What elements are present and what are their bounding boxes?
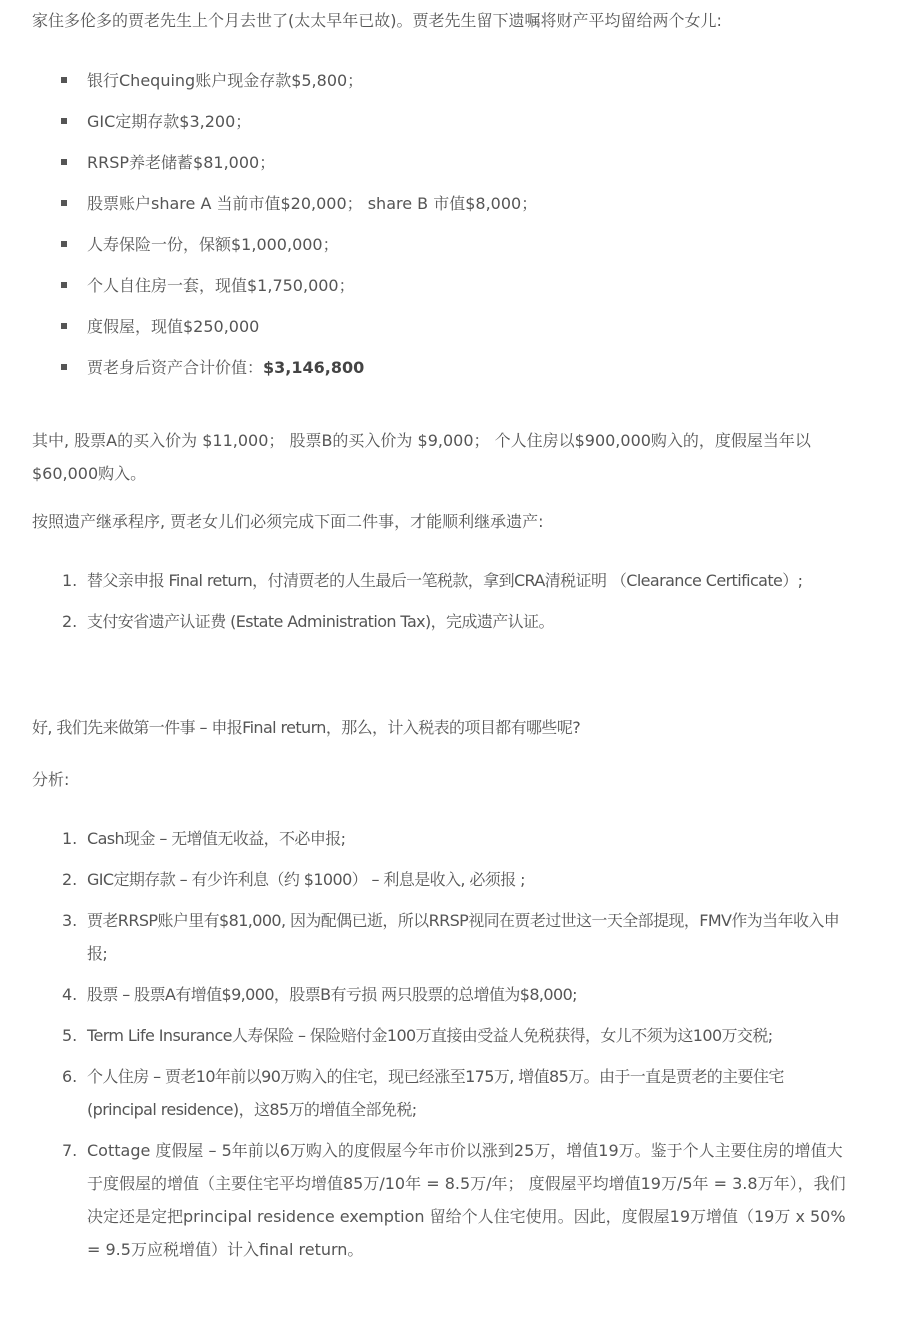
analysis-item-cottage: 7. Cottage 度假屋 – 5年前以6万购入的度假屋今年市价以涨到25万，… bbox=[32, 1134, 852, 1266]
question-paragraph: 好, 我们先来做第一件事 – 申报Final return，那么，计入税表的项目… bbox=[32, 711, 872, 744]
step-text: 支付安省遗产认证费 (Estate Administration Tax)，完成… bbox=[87, 612, 554, 631]
square-bullet-icon bbox=[61, 159, 67, 165]
square-bullet-icon bbox=[61, 241, 67, 247]
procedure-intro-paragraph: 按照遗产继承程序, 贾老女儿们必须完成下面二件事，才能顺利继承遗产: bbox=[32, 505, 872, 538]
square-bullet-icon bbox=[61, 77, 67, 83]
analysis-number: 6. bbox=[62, 1060, 84, 1093]
asset-text: RRSP养老储蓄$81,000； bbox=[87, 153, 275, 172]
analysis-text: Cottage 度假屋 – 5年前以6万购入的度假屋今年市价以涨到25万，增值1… bbox=[87, 1141, 846, 1259]
asset-item-stocks: 股票账户share A 当前市值$20,000； share B 市值$8,00… bbox=[32, 186, 537, 227]
square-bullet-icon bbox=[61, 323, 67, 329]
square-bullet-icon bbox=[61, 364, 67, 370]
analysis-item-residence: 6. 个人住房 – 贾老10年前以90万购入的住宅，现已经涨至175万, 增值8… bbox=[32, 1060, 852, 1126]
steps-list: 1. 替父亲申报 Final return，付清贾老的人生最后一笔税款，拿到CR… bbox=[32, 564, 852, 646]
asset-text: 度假屋，现值$250,000 bbox=[87, 317, 259, 336]
step-item: 1. 替父亲申报 Final return，付清贾老的人生最后一笔税款，拿到CR… bbox=[32, 564, 852, 597]
analysis-number: 5. bbox=[62, 1019, 84, 1052]
analysis-item-rrsp: 3. 贾老RRSP账户里有$81,000, 因为配偶已逝，所以RRSP视同在贾老… bbox=[32, 904, 852, 970]
asset-text: 个人自住房一套，现值$1,750,000； bbox=[87, 276, 355, 295]
analysis-text: 贾老RRSP账户里有$81,000, 因为配偶已逝，所以RRSP视同在贾老过世这… bbox=[87, 911, 839, 963]
assets-list: 银行Chequing账户现金存款$5,800； GIC定期存款$3,200； R… bbox=[32, 63, 537, 391]
asset-item-total: 贾老身后资产合计价值：$3,146,800 bbox=[32, 350, 537, 391]
analysis-item-gic: 2. GIC定期存款 – 有少许利息（约 $1000） – 利息是收入, 必须报… bbox=[32, 863, 852, 896]
step-number: 1. bbox=[62, 564, 84, 597]
analysis-list: 1. Cash现金 – 无增值无收益，不必申报; 2. GIC定期存款 – 有少… bbox=[32, 822, 852, 1274]
step-item: 2. 支付安省遗产认证费 (Estate Administration Tax)… bbox=[32, 605, 852, 638]
analysis-item-cash: 1. Cash现金 – 无增值无收益，不必申报; bbox=[32, 822, 852, 855]
total-label: 贾老身后资产合计价值： bbox=[87, 358, 263, 377]
intro-paragraph: 家住多伦多的贾老先生上个月去世了(太太早年已故)。贾老先生留下遗嘱将财产平均留给… bbox=[32, 4, 872, 37]
analysis-item-insurance: 5. Term Life Insurance人寿保险 – 保险赔付金100万直接… bbox=[32, 1019, 852, 1052]
analysis-text: 股票 – 股票A有增值$9,000，股票B有亏损 两只股票的总增值为$8,000… bbox=[87, 985, 577, 1004]
asset-item-residence: 个人自住房一套，现值$1,750,000； bbox=[32, 268, 537, 309]
analysis-text: Cash现金 – 无增值无收益，不必申报; bbox=[87, 829, 345, 848]
square-bullet-icon bbox=[61, 118, 67, 124]
asset-text: 人寿保险一份，保额$1,000,000； bbox=[87, 235, 339, 254]
asset-item-cottage: 度假屋，现值$250,000 bbox=[32, 309, 537, 350]
asset-item-rrsp: RRSP养老储蓄$81,000； bbox=[32, 145, 537, 186]
analysis-number: 1. bbox=[62, 822, 84, 855]
asset-text: GIC定期存款$3,200； bbox=[87, 112, 251, 131]
analysis-number: 2. bbox=[62, 863, 84, 896]
analysis-number: 3. bbox=[62, 904, 84, 937]
analysis-text: 个人住房 – 贾老10年前以90万购入的住宅，现已经涨至175万, 增值85万。… bbox=[87, 1067, 784, 1119]
analysis-text: GIC定期存款 – 有少许利息（约 $1000） – 利息是收入, 必须报 ; bbox=[87, 870, 525, 889]
step-text: 替父亲申报 Final return，付清贾老的人生最后一笔税款，拿到CRA清税… bbox=[87, 571, 802, 590]
analysis-item-stocks: 4. 股票 – 股票A有增值$9,000，股票B有亏损 两只股票的总增值为$8,… bbox=[32, 978, 852, 1011]
asset-item-gic: GIC定期存款$3,200； bbox=[32, 104, 537, 145]
square-bullet-icon bbox=[61, 282, 67, 288]
total-value: $3,146,800 bbox=[263, 358, 364, 377]
asset-item-insurance: 人寿保险一份，保额$1,000,000； bbox=[32, 227, 537, 268]
asset-text: 银行Chequing账户现金存款$5,800； bbox=[87, 71, 363, 90]
purchase-info-paragraph: 其中, 股票A的买入价为 $11,000； 股票B的买入价为 $9,000； 个… bbox=[32, 424, 852, 490]
analysis-number: 4. bbox=[62, 978, 84, 1011]
analysis-text: Term Life Insurance人寿保险 – 保险赔付金100万直接由受益… bbox=[87, 1026, 773, 1045]
step-number: 2. bbox=[62, 605, 84, 638]
analysis-heading: 分析: bbox=[32, 763, 332, 796]
asset-item-chequing: 银行Chequing账户现金存款$5,800； bbox=[32, 63, 537, 104]
asset-text: 股票账户share A 当前市值$20,000； share B 市值$8,00… bbox=[87, 194, 537, 213]
analysis-number: 7. bbox=[62, 1134, 84, 1167]
square-bullet-icon bbox=[61, 200, 67, 206]
